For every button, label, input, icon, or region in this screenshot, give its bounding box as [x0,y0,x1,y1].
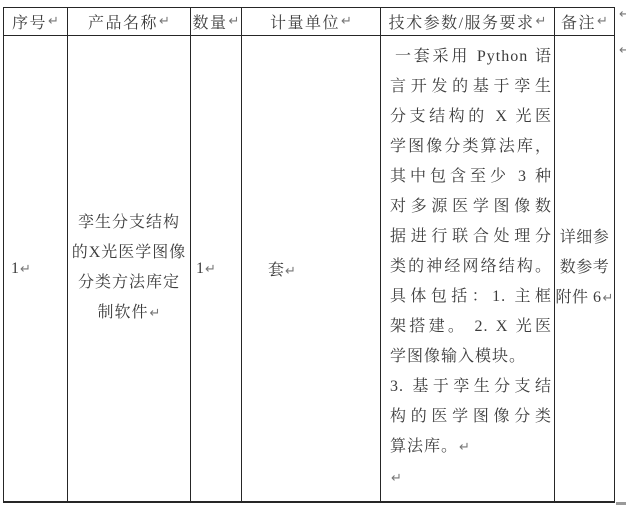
tech-params-line: 一套采用 Python 语 [390,42,552,72]
paragraph-mark-icon: ↵ [228,14,240,29]
tech-params-line: 算法库。↵ [390,432,552,463]
header-cell-unit: 计量单位↵ [242,8,381,36]
tech-params-line: 学图像分类算法库， [390,132,552,162]
tech-params-line: 架搭建。 2. X 光医 [390,312,552,342]
tech-params-line: 具体包括：1. 主框 [390,282,552,312]
header-cell-tech-params: 技术参数/服务要求↵ [381,8,555,36]
product-name-line: 制软件↵ [98,298,161,329]
quantity-value: 1↵ [196,260,241,278]
paragraph-mark-icon: ↵ [204,262,216,277]
paragraph-mark-icon: ↵ [149,306,161,321]
tech-params-line: 类的神经网络结构。 [390,252,552,282]
cell-remark: 详细参 数参考 附件 6↵ [555,36,614,501]
unit-value: 套↵ [268,257,380,280]
header-label-product-name: 产品名称 [88,10,158,33]
serial-number-value: 1↵ [11,260,67,278]
header-cell-serial: 序号↵ [4,8,68,36]
header-label-serial: 序号 [12,10,47,33]
tech-params-line: 构的医学图像分类 [390,402,552,432]
tech-params-line: 分支结构的 X 光医 [390,102,552,132]
cell-product-name: 孪生分支结构 的X光医学图像 分类方法库定 制软件↵ [68,36,191,501]
paragraph-mark-icon: ↵ [458,440,470,455]
tech-params-line: 言开发的基于孪生 [390,72,552,102]
paragraph-mark-icon: ↵ [390,471,402,486]
page-artifact [616,502,626,505]
remark-line: 详细参 [560,223,610,253]
product-name-line: 孪生分支结构 [78,208,180,238]
row-end-mark-icon: ↵ [619,43,626,58]
header-label-unit: 计量单位 [270,10,340,33]
row-end-mark-icon: ↵ [619,7,626,22]
cell-serial-number: 1↵ [4,36,68,501]
tech-params-line: 对多源医学图像数 [390,192,552,222]
spec-table: 序号↵ 产品名称↵ 数量↵ 计量单位↵ 技术参数/服务要求↵ 备注↵ 1↵ 孪生… [3,7,615,503]
header-label-tech-params: 技术参数/服务要求 [389,10,535,33]
tech-params-line: 其中包含至少 3 种 [390,162,552,192]
remark-line: 数参考 [560,253,610,283]
header-label-quantity: 数量 [193,10,228,33]
paragraph-mark-icon: ↵ [19,262,31,277]
tech-params-line: 3. 基于孪生分支结 [390,372,552,402]
header-cell-product-name: 产品名称↵ [68,8,191,36]
product-name-line: 分类方法库定 [78,268,180,298]
cell-tech-params: 一套采用 Python 语 言开发的基于孪生 分支结构的 X 光医 学图像分类算… [381,36,555,501]
tech-params-line: 学图像输入模块。 [390,342,552,372]
tech-params-line: 据进行联合处理分 [390,222,552,252]
header-label-remark: 备注 [561,10,596,33]
cell-quantity: 1↵ [191,36,242,501]
remark-line: 附件 6↵ [556,283,614,314]
document-page: 序号↵ 产品名称↵ 数量↵ 计量单位↵ 技术参数/服务要求↵ 备注↵ 1↵ 孪生… [0,0,626,508]
paragraph-mark-icon: ↵ [340,14,352,29]
paragraph-mark-icon: ↵ [284,264,296,279]
paragraph-mark-icon: ↵ [535,14,547,29]
paragraph-mark-icon: ↵ [602,291,614,306]
paragraph-mark-icon: ↵ [158,14,170,29]
header-cell-remark: 备注↵ [555,8,614,36]
paragraph-mark-icon: ↵ [47,14,59,29]
cell-unit: 套↵ [242,36,381,501]
header-cell-quantity: 数量↵ [191,8,242,36]
paragraph-mark-icon: ↵ [596,14,608,29]
product-name-line: 的X光医学图像 [72,238,187,268]
tech-params-empty-line: ↵ [390,463,552,494]
